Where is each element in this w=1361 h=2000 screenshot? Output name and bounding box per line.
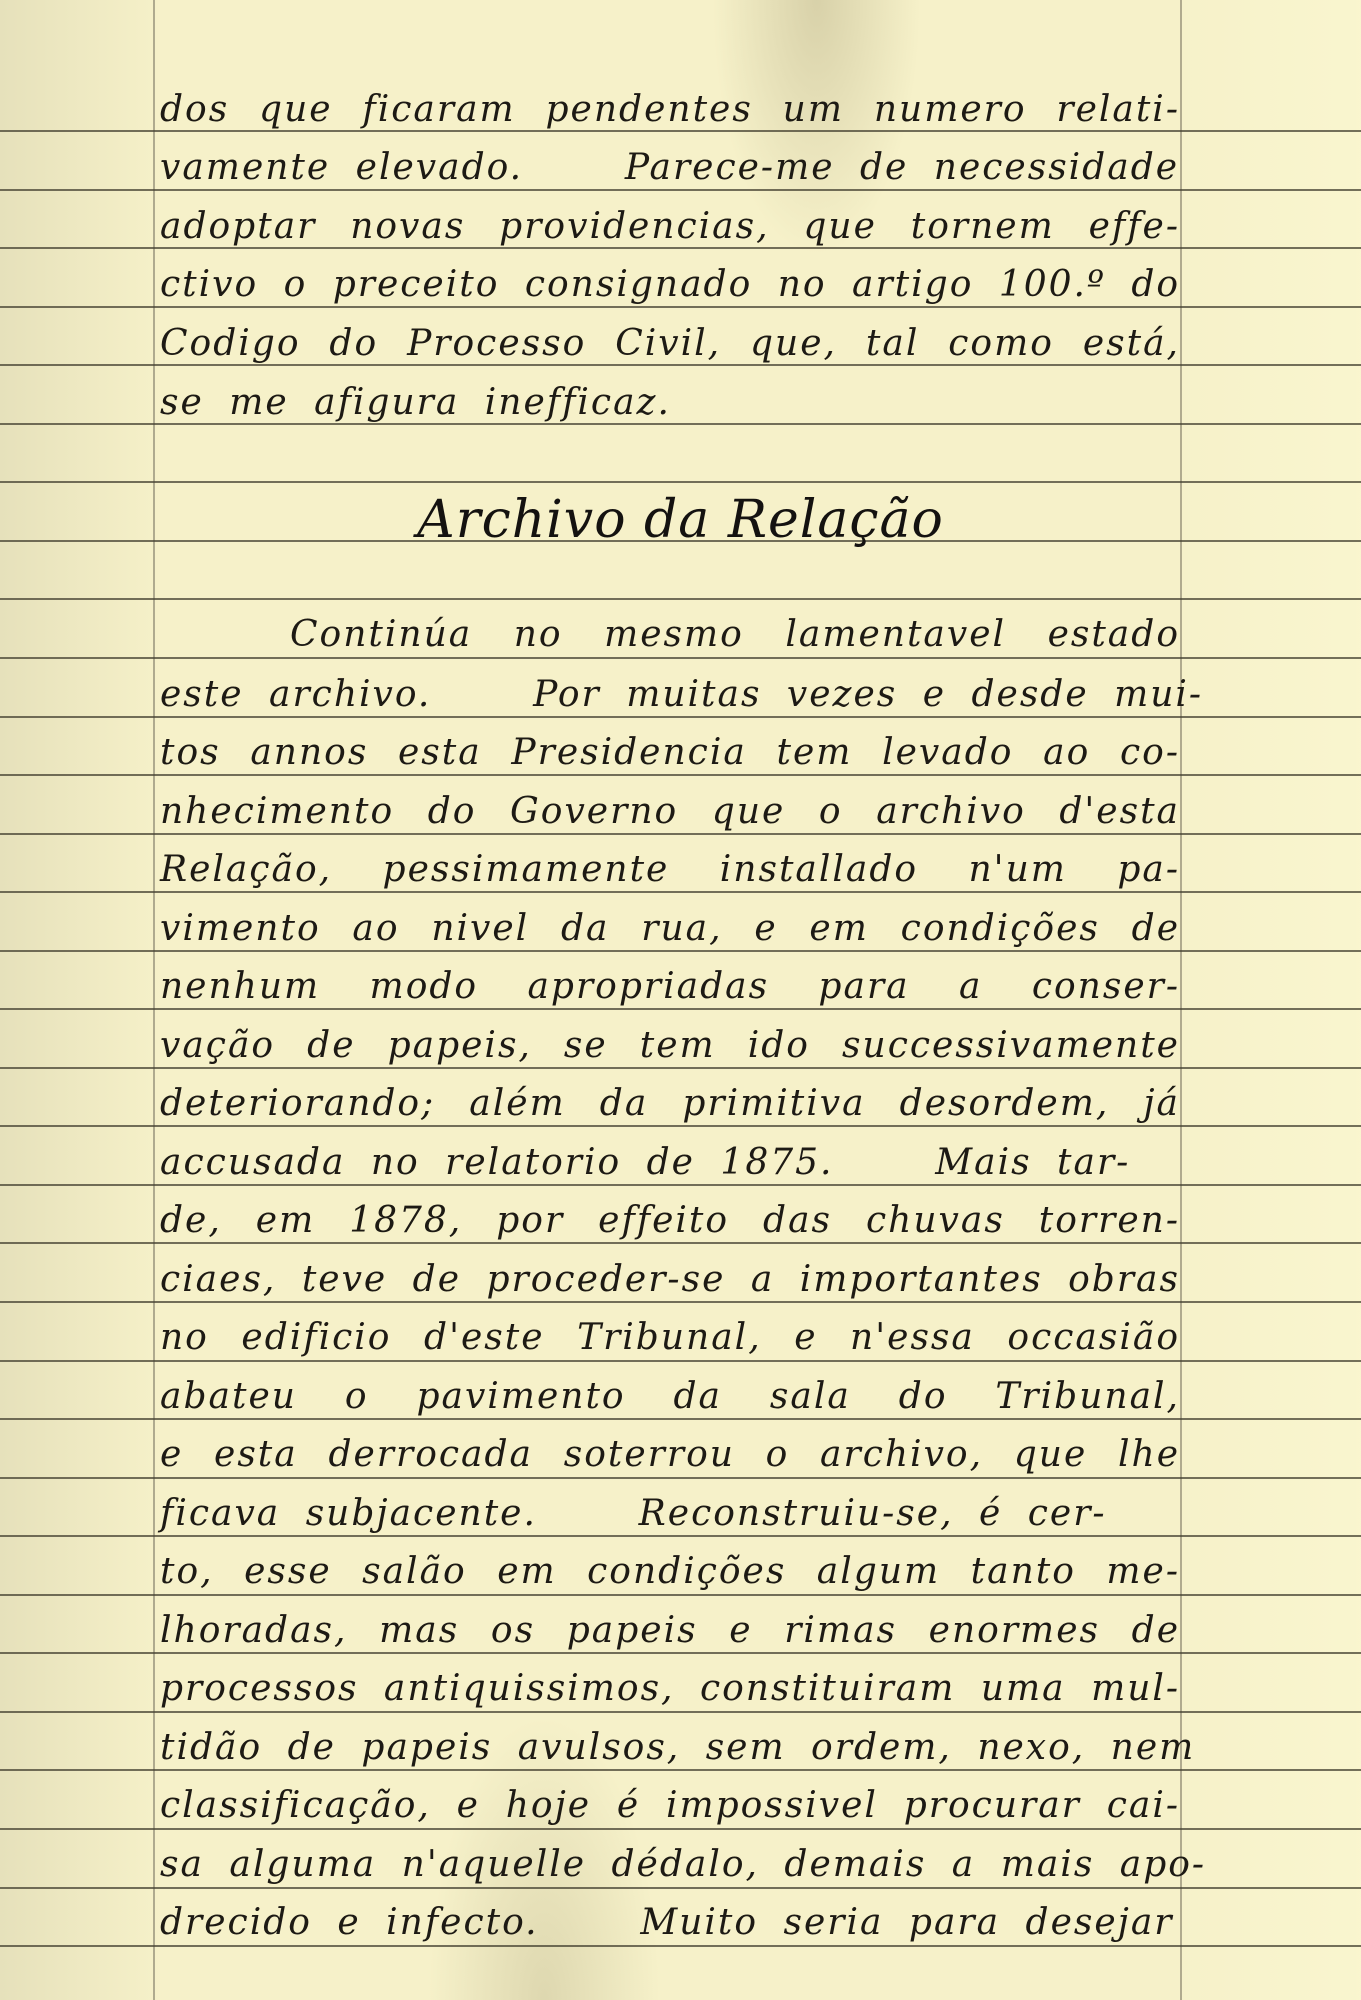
ruled-line: [0, 1125, 1361, 1127]
text-line: Codigo do Processo Civil, que, tal como …: [160, 324, 1180, 364]
text-line: se me afigura inefficaz.: [160, 383, 1180, 423]
ruled-line: [0, 189, 1361, 191]
ruled-line: [0, 1418, 1361, 1420]
text-line: nenhum modo apropriadas para a conser-: [160, 967, 1180, 1007]
text-line: accusada no relatorio de 1875. Mais tar-: [160, 1143, 1130, 1183]
text-line: ciaes, teve de proceder-se a importantes…: [160, 1260, 1180, 1300]
ruled-line: [0, 833, 1361, 835]
text-line: classificação, e hoje é impossivel procu…: [160, 1786, 1180, 1826]
ruled-line: [0, 306, 1361, 308]
text-line: nhecimento do Governo que o archivo d'es…: [160, 792, 1180, 832]
text-line: no edificio d'este Tribunal, e n'essa oc…: [160, 1318, 1180, 1358]
text-line: vação de papeis, se tem ido successivame…: [160, 1026, 1180, 1066]
ruled-line: [0, 774, 1361, 776]
text-line: ctivo o preceito consignado no artigo 10…: [160, 265, 1180, 305]
ruled-line: [0, 1535, 1361, 1537]
ruled-line: [0, 1594, 1361, 1596]
ruled-line: [0, 1067, 1361, 1069]
ruled-line: [0, 657, 1361, 659]
ruled-line: [0, 1008, 1361, 1010]
ruled-line: [0, 364, 1361, 366]
left-margin-line: [153, 0, 155, 2000]
text-line: vimento ao nivel da rua, e em condições …: [160, 909, 1180, 949]
ruled-line: [0, 1769, 1361, 1771]
text-line: vamente elevado. Parece-me de necessidad…: [160, 148, 1179, 188]
section-heading: Archivo da Relação: [0, 490, 1361, 550]
ruled-line: [0, 1242, 1361, 1244]
text-line: sa alguma n'aquelle dédalo, demais a mai…: [160, 1845, 1180, 1885]
right-margin-line: [1180, 0, 1182, 2000]
text-line: ficava subjacente. Reconstruiu-se, é cer…: [160, 1494, 1107, 1534]
text-line: adoptar novas providencias, que tornem e…: [160, 207, 1180, 247]
text-line: e esta derrocada soterrou o archivo, que…: [160, 1435, 1180, 1475]
ruled-line: [0, 481, 1361, 483]
ruled-line: [0, 1301, 1361, 1303]
ruled-line: [0, 1652, 1361, 1654]
text-line: tidão de papeis avulsos, sem ordem, nexo…: [160, 1728, 1180, 1768]
text-line: drecido e infecto. Muito seria para dese…: [160, 1903, 1174, 1943]
text-line: lhoradas, mas os papeis e rimas enormes …: [160, 1611, 1180, 1651]
ruled-line: [0, 423, 1361, 425]
ruled-line: [0, 247, 1361, 249]
text-line: Continúa no mesmo lamentavel estado: [290, 615, 1180, 655]
ruled-line: [0, 1945, 1361, 1947]
ruled-line: [0, 1360, 1361, 1362]
text-line: abateu o pavimento da sala do Tribunal,: [160, 1377, 1180, 1417]
text-line: tos annos esta Presidencia tem levado ao…: [160, 733, 1180, 773]
text-line: este archivo. Por muitas vezes e desde m…: [160, 675, 1203, 715]
ruled-line: [0, 891, 1361, 893]
text-line: dos que ficaram pendentes um numero rela…: [160, 90, 1180, 130]
ruled-line: [0, 1887, 1361, 1889]
text-line: Relação, pessimamente installado n'um pa…: [160, 850, 1180, 890]
ruled-line: [0, 950, 1361, 952]
text-line: to, esse salão em condições algum tanto …: [160, 1552, 1180, 1592]
ruled-line: [0, 1184, 1361, 1186]
ruled-line: [0, 1828, 1361, 1830]
ruled-line: [0, 130, 1361, 132]
ruled-line: [0, 1477, 1361, 1479]
text-line: de, em 1878, por effeito das chuvas torr…: [160, 1201, 1180, 1241]
text-line: processos antiquissimos, constituiram um…: [160, 1669, 1180, 1709]
ruled-line: [0, 716, 1361, 718]
manuscript-page: dos que ficaram pendentes um numero rela…: [0, 0, 1361, 2000]
ruled-line: [0, 598, 1361, 600]
ruled-line: [0, 1711, 1361, 1713]
text-line: deteriorando; além da primitiva desordem…: [160, 1084, 1180, 1124]
